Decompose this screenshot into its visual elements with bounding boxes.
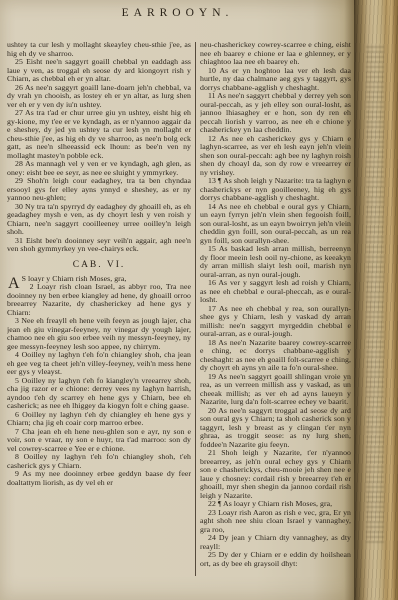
book-page: EARROOYN. ushtey ta cur lesh y mollaght … (0, 0, 355, 600)
verse-paragraph: 5 Ooilley ny laghyn t'eh fo kiangley'n v… (7, 377, 191, 411)
book-fore-edge (354, 0, 398, 600)
verse-paragraph: 23 Loayr rish Aaron as rish e vec, gra, … (200, 509, 351, 535)
verse-paragraph: 3 Nee eh freayll eh hene veih feeyn as j… (7, 317, 191, 351)
left-column: ushtey ta cur lesh y mollaght skeayley c… (7, 41, 191, 592)
verse-paragraph: 4 Ooilley ny laghyn t'eh fo'n chiangley … (7, 351, 191, 377)
verse-paragraph: 31 Eisht bee'n dooinney seyr veih'n agga… (7, 237, 191, 254)
running-head: EARROOYN. (0, 0, 355, 19)
verse-paragraph: 21 Shoh leigh y Nazarite, t'er n'yannoo … (200, 449, 351, 500)
verse-paragraph: 19 As nee'n saggyrt goaill shlingan vroi… (200, 373, 351, 407)
chapter-heading: CAB. VI. (7, 260, 191, 270)
right-column: neu-chasherickey cowrey-scarree e ching,… (200, 41, 351, 592)
verse-paragraph: 27 As tra t'ad er chur urree giu yn usht… (7, 109, 191, 160)
verse-paragraph: 10 As er yn hoghtoo laa ver eh lesh daa … (200, 67, 351, 93)
verse-paragraph: 2 Loayr rish cloan Israel, as abbyr roo,… (7, 283, 191, 317)
verse-paragraph: 29 Shoh'n leigh cour eadaghey, tra ta be… (7, 177, 191, 203)
verse-paragraph: 25 Dy der y Chiarn er e eddin dy hoilshe… (200, 551, 351, 568)
continuation-paragraph: ushtey ta cur lesh y mollaght skeayley c… (7, 41, 191, 58)
verse-paragraph: 17 As nee eh chebbal y rea, son ourallyn… (200, 305, 351, 339)
verse-paragraph: 8 Ooilley ny laghyn t'eh fo'n chiangley … (7, 453, 191, 470)
verse-paragraph: 16 As ver y saggyrt lesh ad roish y Chia… (200, 279, 351, 305)
verse-paragraph: 20 As nee'n saggyrt troggal ad seose dy … (200, 407, 351, 450)
verse-paragraph: 11 As nee'n saggyrt chebbal y derrey yeh… (200, 92, 351, 135)
scanned-book-photo: EARROOYN. ushtey ta cur lesh y mollaght … (0, 0, 398, 600)
verse-paragraph: 25 Eisht nee'n saggyrt goaill chebbal yn… (7, 58, 191, 84)
verse-paragraph: 26 As nee'n saggyrt goaill lane-doarn je… (7, 84, 191, 110)
verse-paragraph: 7 Cha jean eh eh hene neu-ghlen son e ay… (7, 428, 191, 454)
drop-cap-initial: A (7, 275, 22, 291)
verse-paragraph: 14 As nee eh chebbal e oural gys y Chiar… (200, 203, 351, 246)
continuation-paragraph: neu-chasherickey cowrey-scarree e ching,… (200, 41, 351, 67)
verse-paragraph: 12 As nee eh casherickey gys y Chiarn e … (200, 135, 351, 178)
verse-paragraph: 28 As mannagh vel y ven er ve kyndagh, a… (7, 160, 191, 177)
verse-paragraph: 30 Ny tra ta'n spyrryd dy eadaghey dy gh… (7, 203, 191, 237)
verse-paragraph: 13 ¶ As shoh leigh y Nazarite: tra ta la… (200, 177, 351, 203)
verse-paragraph: 24 Dy jean y Chiarn dty vannaghey, as dt… (200, 534, 351, 551)
verse-paragraph: 15 As baskad lesh arran millish, berreen… (200, 245, 351, 279)
verse-paragraph: 9 As my nee dooinney erbee geddyn baase … (7, 470, 191, 487)
verse-paragraph: 6 Ooilley ny laghyn t'eh dy chiangley eh… (7, 411, 191, 428)
next-page-ghost-text (366, 46, 384, 546)
column-divider-rule (195, 42, 196, 576)
verse-paragraph: 18 As nee'n Nazarite baarey cowrey-scarr… (200, 339, 351, 373)
text-columns: ushtey ta cur lesh y mollaght skeayley c… (7, 41, 351, 592)
